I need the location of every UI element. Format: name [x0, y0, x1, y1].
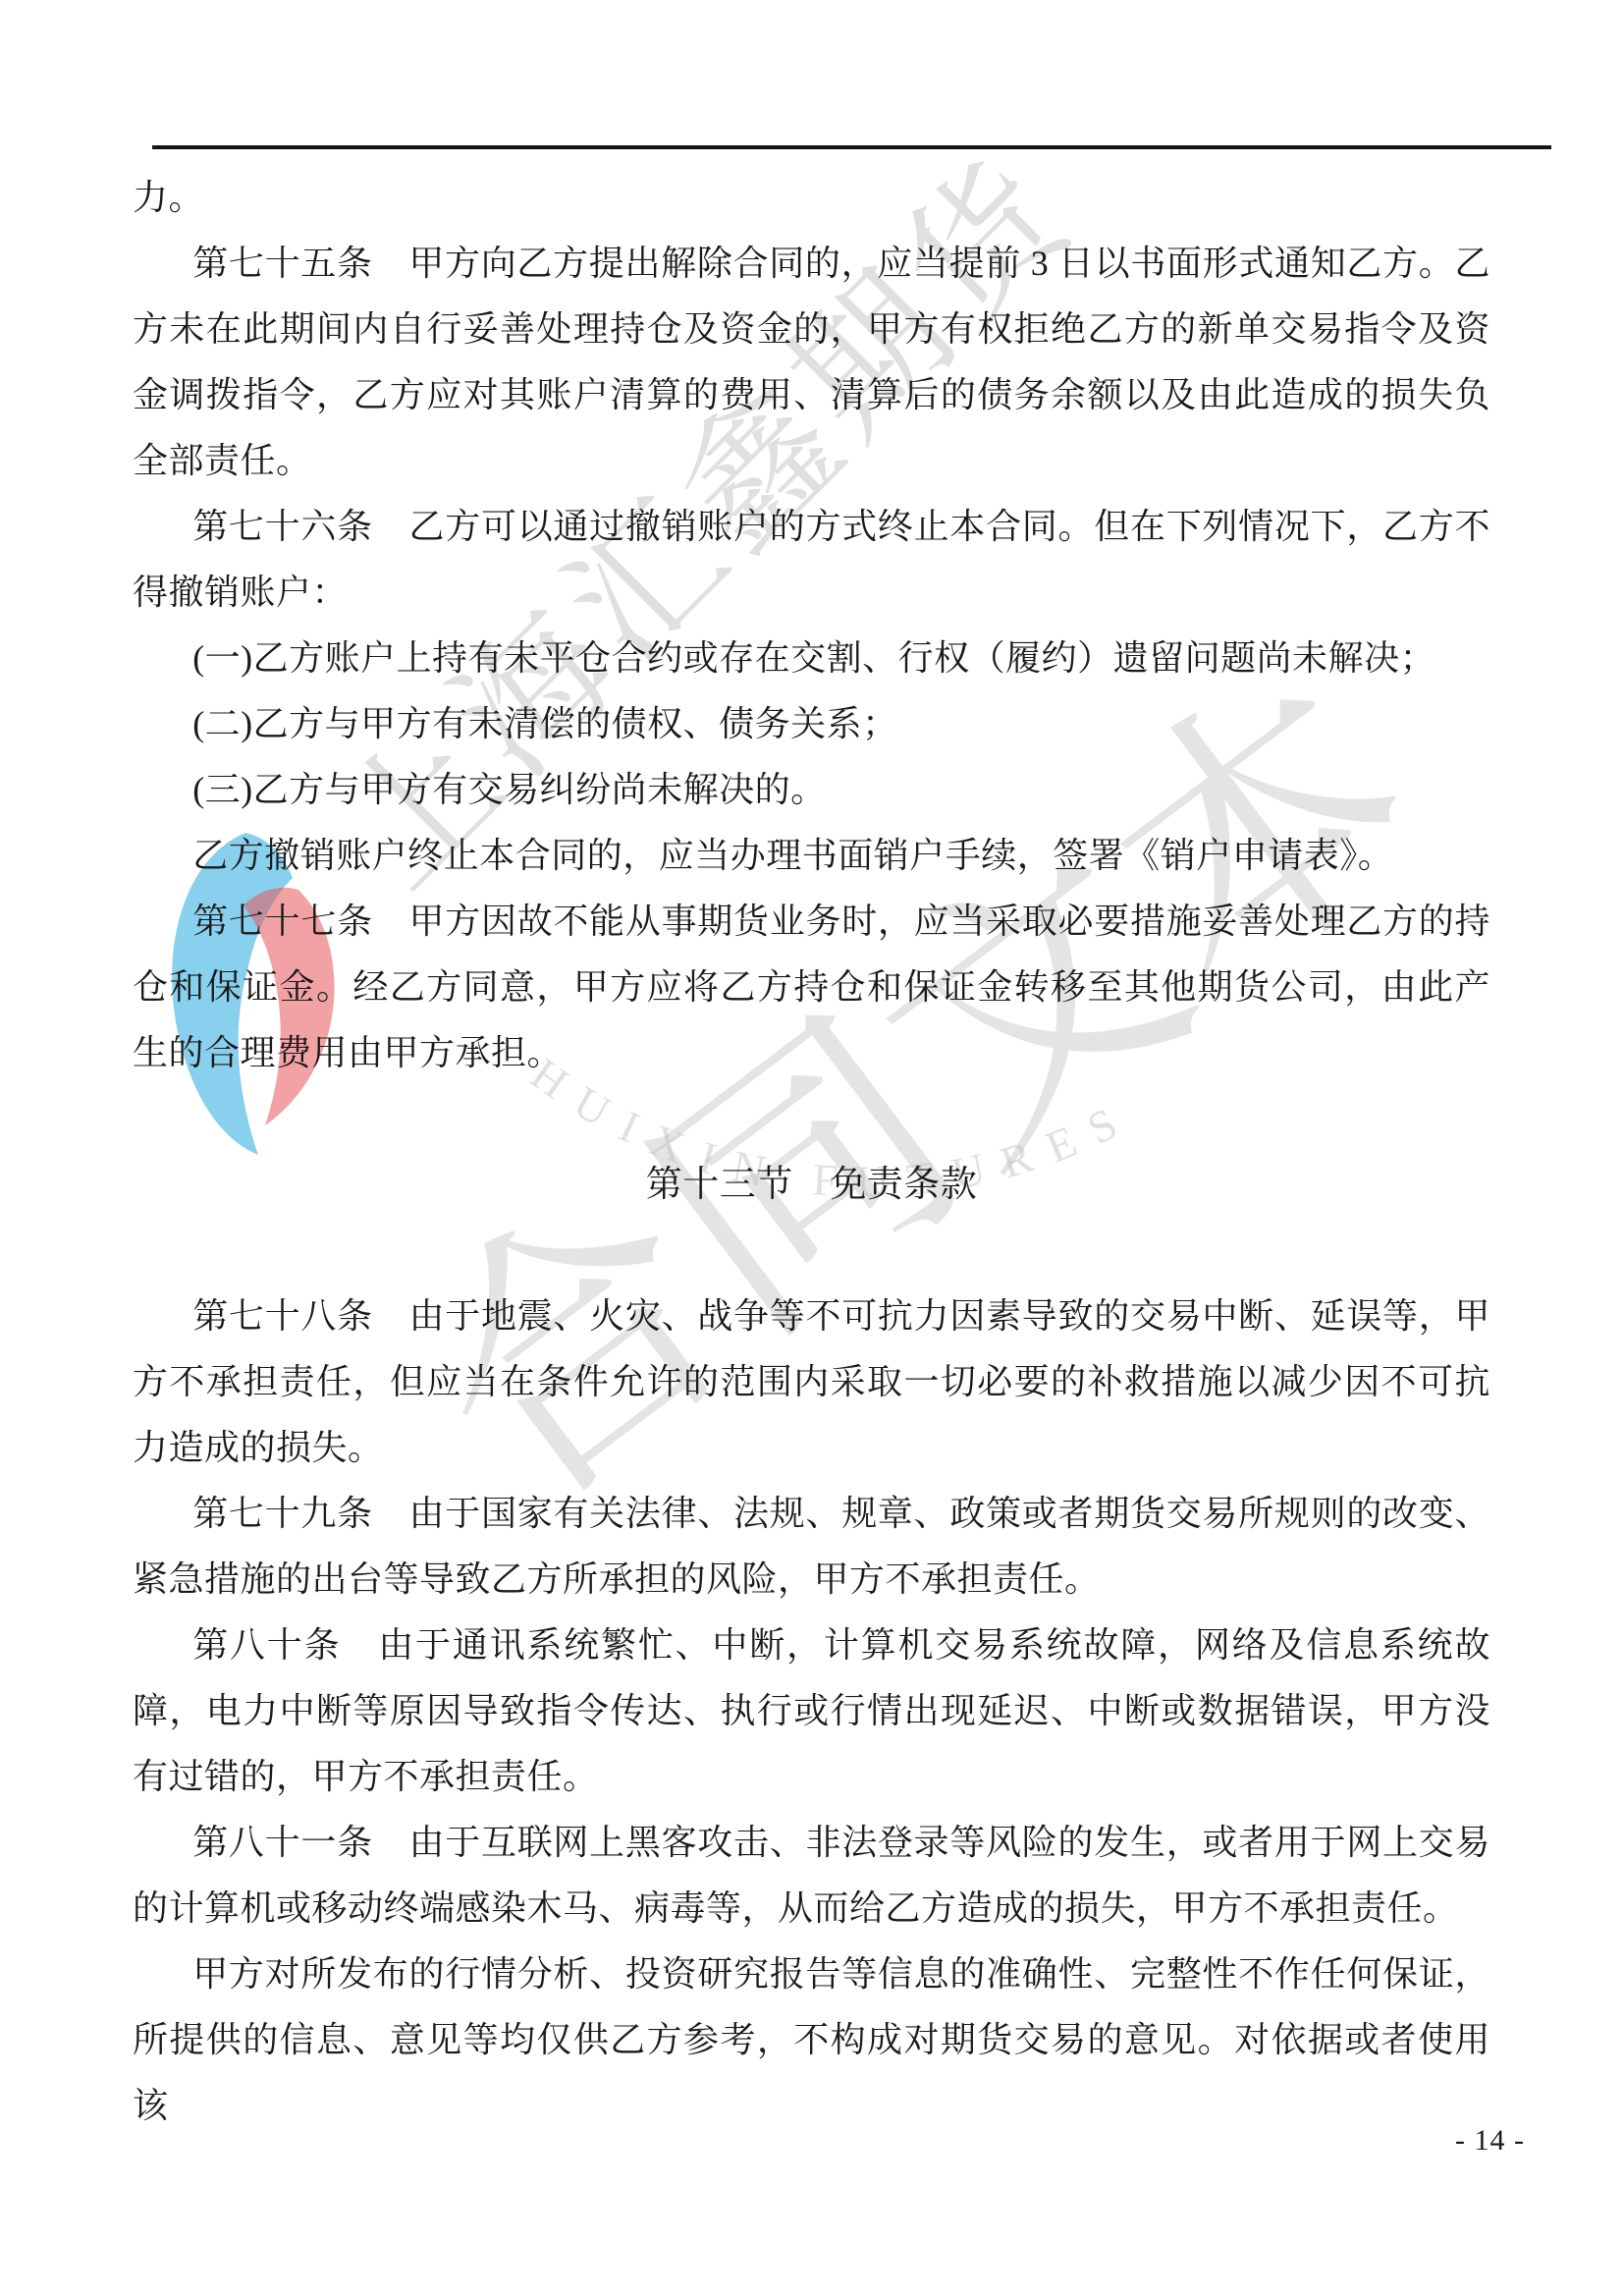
paragraph-continuation: 力。 — [133, 165, 1490, 231]
paragraph-article-77: 第七十七条 甲方因故不能从事期货业务时，应当采取必要措施妥善处理乙方的持仓和保证… — [133, 889, 1490, 1086]
list-item-3: (三)乙方与甲方有交易纠纷尚未解决的。 — [133, 757, 1490, 823]
section-heading: 第十三节 免责条款 — [133, 1152, 1490, 1218]
paragraph-disclaimer: 甲方对所发布的行情分析、投资研究报告等信息的准确性、完整性不作任何保证，所提供的… — [133, 1941, 1490, 2139]
paragraph-article-75: 第七十五条 甲方向乙方提出解除合同的，应当提前 3 日以书面形式通知乙方。乙方未… — [133, 231, 1490, 494]
list-item-2: (二)乙方与甲方有未清偿的债权、债务关系； — [133, 691, 1490, 757]
document-body: 力。 第七十五条 甲方向乙方提出解除合同的，应当提前 3 日以书面形式通知乙方。… — [133, 165, 1490, 2139]
paragraph-account-cancel: 乙方撤销账户终止本合同的，应当办理书面销户手续，签署《销户申请表》。 — [133, 823, 1490, 889]
paragraph-article-78: 第七十八条 由于地震、火灾、战争等不可抗力因素导致的交易中断、延误等，甲方不承担… — [133, 1284, 1490, 1481]
list-item-1: (一)乙方账户上持有未平仓合约或存在交割、行权（履约）遗留问题尚未解决； — [133, 626, 1490, 691]
paragraph-article-81: 第八十一条 由于互联网上黑客攻击、非法登录等风险的发生，或者用于网上交易的计算机… — [133, 1810, 1490, 1941]
document-page: 上海汇鑫期货 HUIXIN FUTURES 合同文本 力。 第七十五条 甲方向乙… — [0, 0, 1623, 2296]
header-rule — [152, 145, 1551, 149]
paragraph-article-80: 第八十条 由于通讯系统繁忙、中断，计算机交易系统故障，网络及信息系统故障，电力中… — [133, 1613, 1490, 1810]
paragraph-article-76: 第七十六条 乙方可以通过撤销账户的方式终止本合同。但在下列情况下，乙方不得撤销账… — [133, 494, 1490, 626]
page-number: - 14 - — [1455, 2124, 1525, 2158]
paragraph-article-79: 第七十九条 由于国家有关法律、法规、规章、政策或者期货交易所规则的改变、紧急措施… — [133, 1481, 1490, 1613]
